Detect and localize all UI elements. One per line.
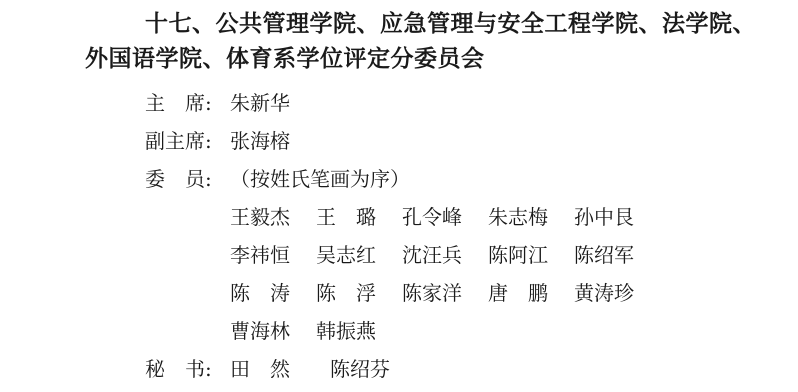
chair-name: 朱新华 (230, 91, 290, 115)
secretary-name: 陈绍芬 (330, 350, 390, 388)
secretary-name: 田 然 (230, 350, 290, 388)
members-row-3: 陈 涛陈 浮陈家洋唐 鹏黄涛珍 (230, 274, 798, 312)
member-name: 陈阿江 (488, 236, 548, 274)
committee-title-line1: 十七、公共管理学院、应急管理与安全工程学院、法学院、 (145, 6, 798, 41)
member-name: 陈家洋 (402, 274, 462, 312)
chair-row: 主 席:朱新华 (145, 84, 798, 122)
vice-chair-name: 张海榕 (230, 129, 290, 153)
member-name: 王毅杰 (230, 198, 290, 236)
member-name: 孙中艮 (574, 198, 634, 236)
member-name: 朱志梅 (488, 198, 548, 236)
member-name: 王 璐 (316, 198, 376, 236)
vice-chair-row: 副主席:张海榕 (145, 122, 798, 160)
secretary-row: 秘 书:田 然陈绍芬 (145, 350, 798, 388)
chair-label: 主 席: (145, 84, 230, 122)
member-name: 黄涛珍 (574, 274, 634, 312)
secretary-label: 秘 书: (145, 350, 230, 388)
members-sort-note: （按姓氏笔画为序） (230, 167, 410, 191)
vice-chair-label: 副主席: (145, 122, 230, 160)
member-name: 陈 涛 (230, 274, 290, 312)
members-label-row: 委 员:（按姓氏笔画为序） (145, 160, 798, 198)
members-row-1: 王毅杰王 璐孔令峰朱志梅孙中艮 (230, 198, 798, 236)
member-name: 沈汪兵 (402, 236, 462, 274)
members-row-4: 曹海林韩振燕 (230, 312, 798, 350)
committee-title-line2: 外国语学院、体育系学位评定分委员会 (85, 41, 798, 76)
member-name: 李祎恒 (230, 236, 290, 274)
document-page: 十七、公共管理学院、应急管理与安全工程学院、法学院、 外国语学院、体育系学位评定… (0, 0, 798, 392)
members-row-2: 李祎恒吴志红沈汪兵陈阿江陈绍军 (230, 236, 798, 274)
members-label: 委 员: (145, 160, 230, 198)
member-name: 陈 浮 (316, 274, 376, 312)
member-name: 孔令峰 (402, 198, 462, 236)
member-name: 陈绍军 (574, 236, 634, 274)
member-name: 唐 鹏 (488, 274, 548, 312)
member-name: 曹海林 (230, 312, 290, 350)
member-name: 吴志红 (316, 236, 376, 274)
member-name: 韩振燕 (316, 312, 376, 350)
